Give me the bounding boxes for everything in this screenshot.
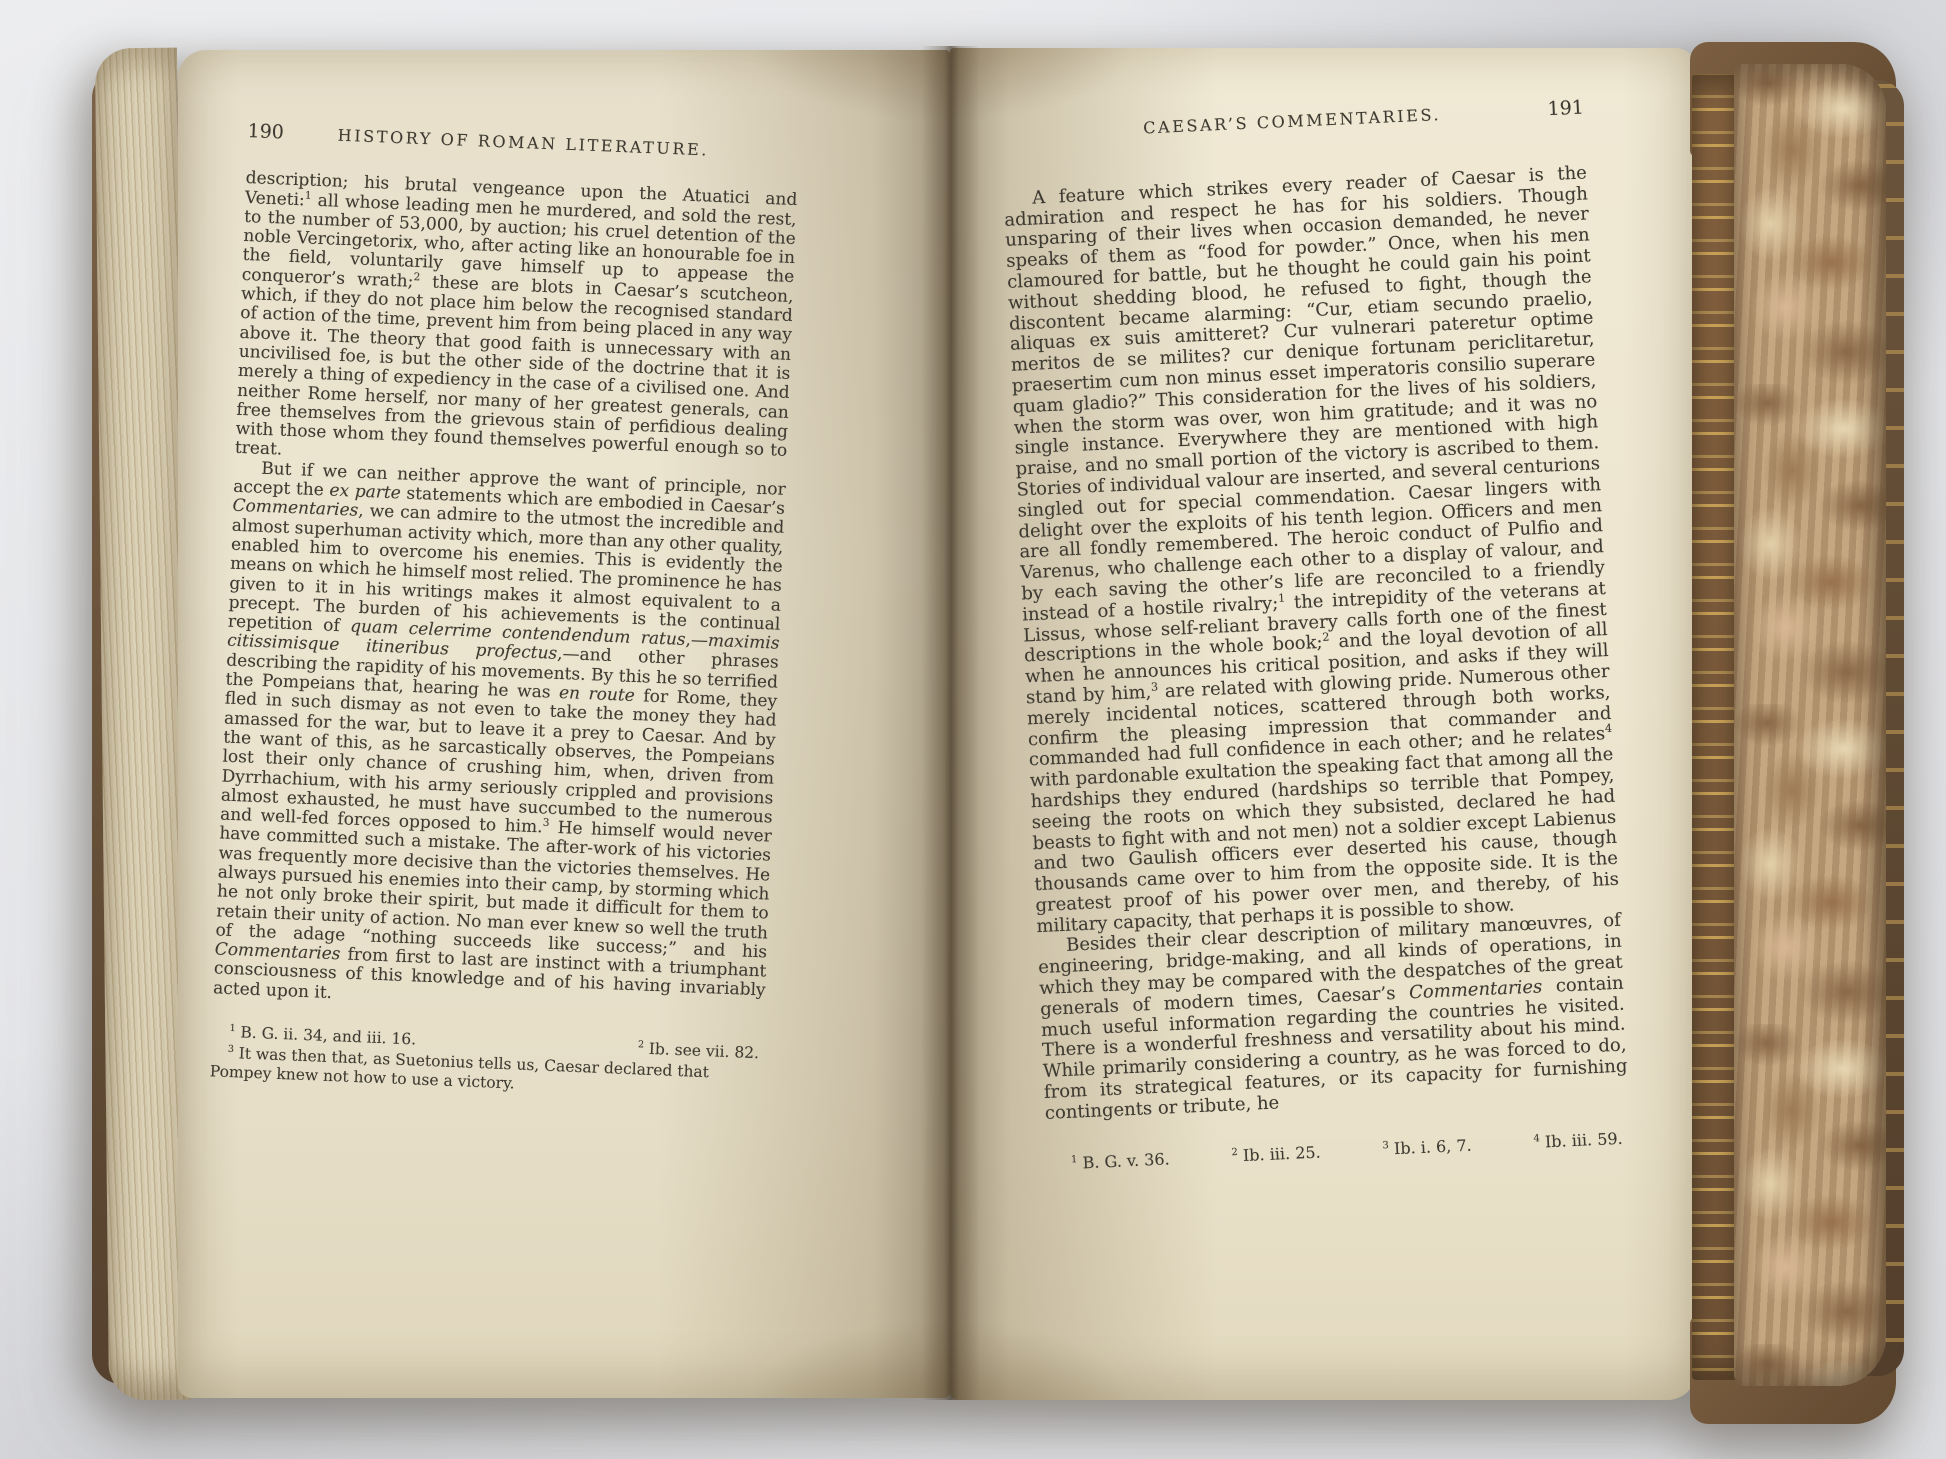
right-page: CAESAR’S COMMENTARIES. 191 A feature whi… (950, 48, 1697, 1400)
page-number-left: 190 (247, 122, 284, 143)
footnote-3: 3 Ib. i. 6, 7. (1382, 1135, 1472, 1158)
left-page: 190 HISTORY OF ROMAN LITERATURE. descrip… (178, 50, 950, 1398)
left-page-content: 190 HISTORY OF ROMAN LITERATURE. descrip… (209, 122, 799, 1103)
page-stack-edges-left (95, 48, 191, 1401)
right-page-footnotes: 1 B. G. v. 36. 2 Ib. iii. 25. 3 Ib. i. 6… (1047, 1128, 1631, 1173)
paragraph: A feature which strikes every reader of … (1003, 163, 1620, 937)
footnote-1: 1 B. G. v. 36. (1071, 1149, 1170, 1172)
paragraph: Besides their clear description of milit… (1037, 911, 1629, 1124)
running-header-right: CAESAR’S COMMENTARIES. (1143, 105, 1442, 139)
footnote-2: 2 Ib. see vii. 82. (637, 1039, 759, 1063)
running-header-left: HISTORY OF ROMAN LITERATURE. (337, 126, 709, 160)
right-page-header: CAESAR’S COMMENTARIES. 191 (1000, 98, 1584, 146)
gilt-tooling-band (1692, 74, 1738, 1380)
photo-background: 190 HISTORY OF ROMAN LITERATURE. descrip… (0, 0, 1946, 1459)
page-number-right: 191 (1547, 98, 1584, 120)
paragraph: But if we can neither approve the want o… (213, 458, 786, 1020)
open-book: 190 HISTORY OF ROMAN LITERATURE. descrip… (92, 20, 1904, 1432)
left-page-header: 190 HISTORY OF ROMAN LITERATURE. (247, 122, 799, 163)
footnote-2: 2 Ib. iii. 25. (1231, 1142, 1321, 1165)
paragraph: description; his brutal vengeance upon t… (234, 169, 797, 480)
marbled-fore-edge (1734, 64, 1886, 1386)
left-page-footnotes: 1 B. G. ii. 34, and iii. 16. 2 Ib. see v… (209, 1022, 763, 1103)
footnote-4: 4 Ib. iii. 59. (1533, 1128, 1623, 1151)
right-page-content: CAESAR’S COMMENTARIES. 191 A feature whi… (1000, 98, 1631, 1174)
gutter-shadow (922, 46, 980, 1400)
